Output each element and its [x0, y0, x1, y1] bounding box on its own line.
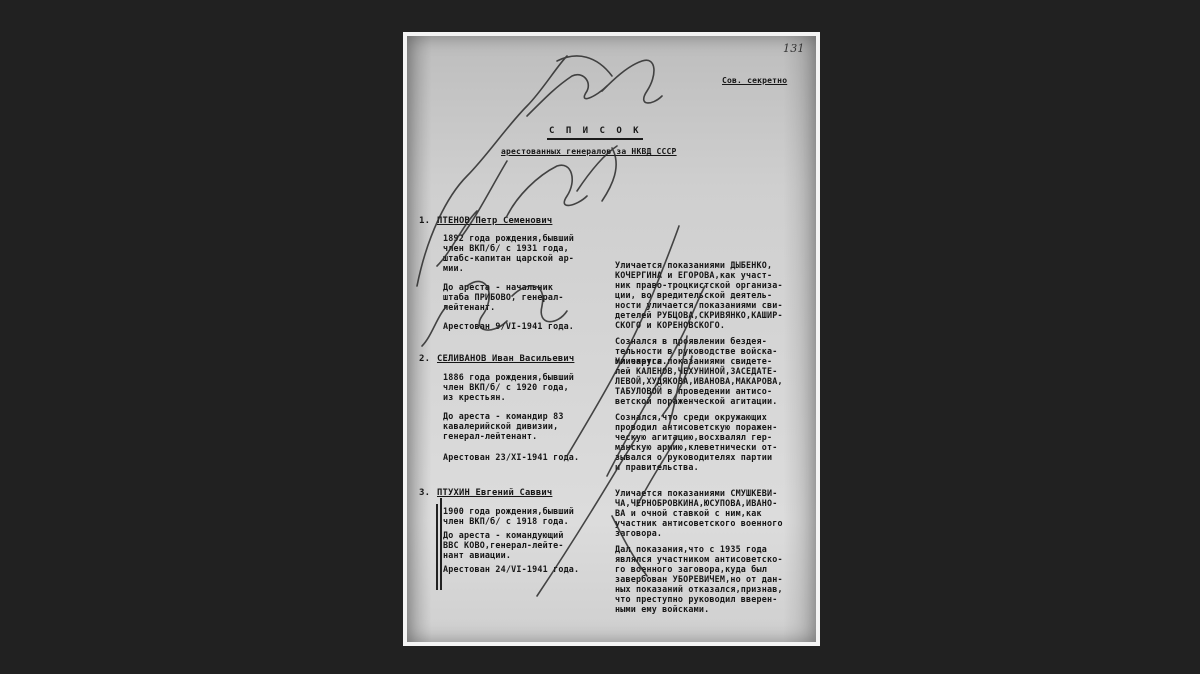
entry-bio: 1892 года рождения,бывший член ВКП/б/ с …	[443, 233, 633, 273]
entry-name: СЕЛИВАНОВ Иван Васильевич	[437, 354, 574, 364]
entry-position: До ареста - командующий ВВС КОВО,генерал…	[443, 530, 633, 560]
entry-arrest-date: Арестован 23/XI-1941 года.	[443, 452, 633, 462]
entry-evidence: Уличается показаниями СМУШКЕВИ- ЧА,ЧЕРНО…	[615, 488, 815, 538]
entry-arrest-date: Арестован 9/VI-1941 года.	[443, 321, 633, 331]
page-number: 131	[783, 44, 805, 54]
document-page: 131 Сов. секретно С П И С О К арестованн…	[407, 36, 816, 642]
entry-number: 2.	[419, 354, 430, 364]
title-underline	[547, 138, 643, 140]
entry-name: ПТЕНОВ Петр Семенович	[437, 216, 552, 226]
document-title: С П И С О К	[549, 126, 642, 136]
entry-evidence: Уличается показаниями ДЫБЕНКО, КОЧЕРГИНА…	[615, 260, 815, 330]
entry-number: 3.	[419, 488, 430, 498]
classification-stamp: Сов. секретно	[722, 76, 787, 86]
entry-confession: Дал показания,что с 1935 года являлся уч…	[615, 544, 815, 614]
entry-confession: Сознался,что среди окружающих проводил а…	[615, 412, 815, 472]
margin-mark	[440, 498, 442, 590]
entry-number: 1.	[419, 216, 430, 226]
entry-bio: 1886 года рождения,бывший член ВКП/б/ с …	[443, 372, 633, 402]
entry-arrest-date: Арестован 24/VI-1941 года.	[443, 564, 633, 574]
entry-position: До ареста - начальник штаба ПРИБОВО, ген…	[443, 282, 633, 312]
document-scan: 131 Сов. секретно С П И С О К арестованн…	[403, 32, 820, 646]
entry-bio: 1900 года рождения,бывший член ВКП/б/ с …	[443, 506, 633, 526]
entry-position: До ареста - командир 83 кавалерийской ди…	[443, 411, 633, 441]
entry-evidence: Уличается показаниями свидете- лей КАЛЕН…	[615, 356, 815, 406]
entry-name: ПТУХИН Евгений Саввич	[437, 488, 552, 498]
document-subtitle: арестованных генералов за НКВД СССР	[501, 147, 677, 157]
margin-mark	[436, 504, 438, 590]
